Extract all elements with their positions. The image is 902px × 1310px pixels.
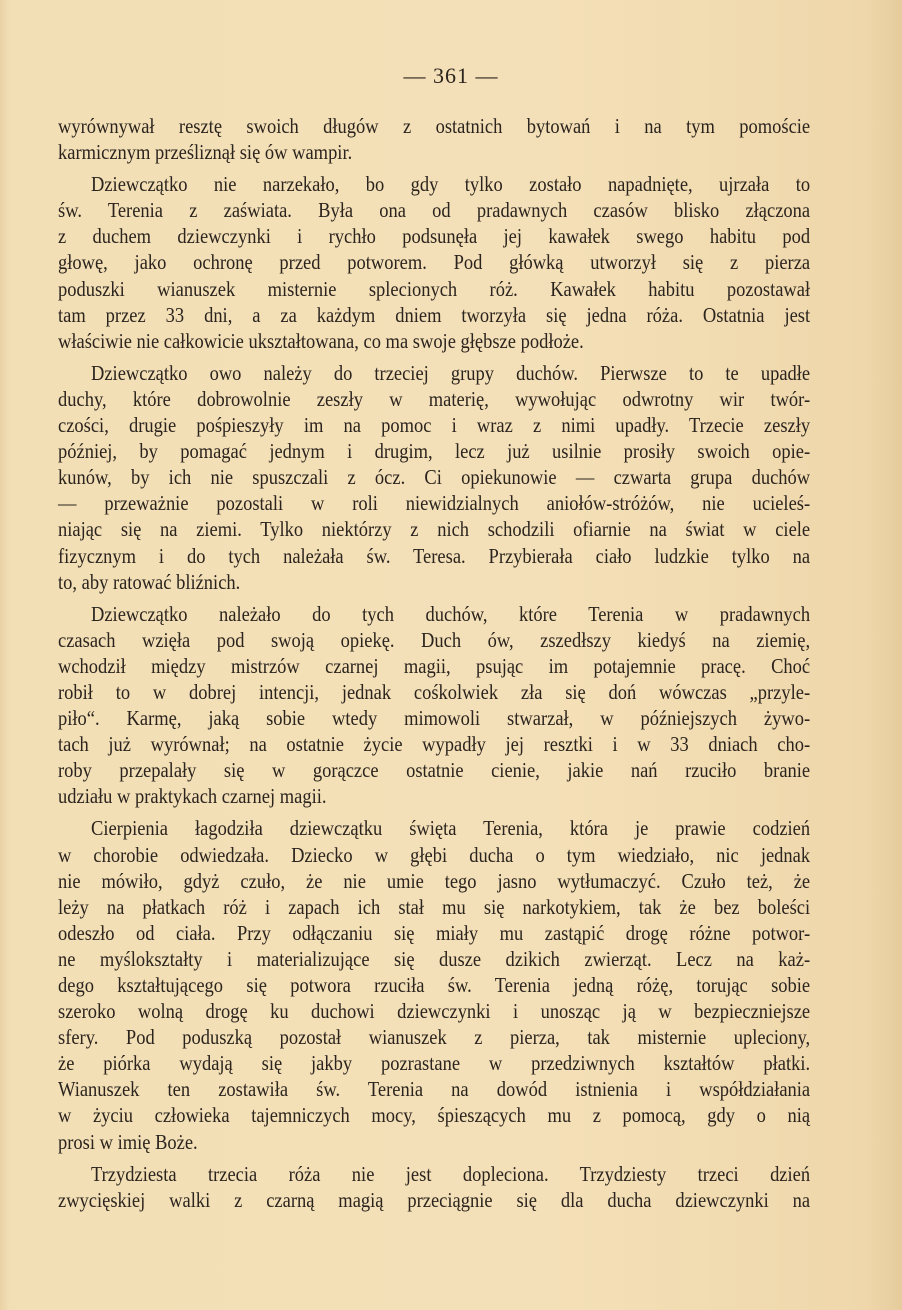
text-line-content: tam przez 33 dni, a za każdym dniem twor… <box>58 302 810 328</box>
text-line: św. Terenia z zaświata. Była ona od prad… <box>58 197 810 223</box>
text-line: w chorobie odwiedzała. Dziecko w głębi d… <box>58 842 810 868</box>
text-line: w życiu człowieka tajemniczych mocy, śpi… <box>58 1102 810 1128</box>
text-line-content: — przeważnie pozostali w roli niewidzial… <box>58 490 810 516</box>
paragraph: Trzydziesta trzecia róża nie jest doplec… <box>58 1161 810 1213</box>
text-line-content: kunów, by ich nie spuszczali z ócz. Ci o… <box>58 464 810 490</box>
text-line-content: tach już wyrównał; na ostatnie życie wyp… <box>58 731 810 757</box>
text-line: szeroko wolną drogę ku duchowi dziewczyn… <box>58 998 810 1024</box>
text-line: Dziewczątko owo należy do trzeciej grupy… <box>58 360 810 386</box>
text-line: poduszki wianuszek misternie splecionych… <box>58 276 810 302</box>
paragraph: wyrównywał resztę swoich długów z ostatn… <box>58 113 810 165</box>
text-line-content: Cierpienia łagodziła dziewczątku święta … <box>91 815 810 841</box>
text-line-content: piło“. Karmę, jaką sobie wtedy mimowoli … <box>58 705 810 731</box>
text-line-content: robił to w dobrej intencji, jednak cośko… <box>58 679 810 705</box>
text-line-content: czości, drugie pośpieszyły im na pomoc i… <box>58 412 810 438</box>
text-line: niając się na ziemi. Tylko niektórzy z n… <box>58 516 810 542</box>
text-line-content: w chorobie odwiedzała. Dziecko w głębi d… <box>58 842 810 868</box>
text-line-content: udziału w praktykach czarnej magii. <box>58 783 810 809</box>
text-line: kunów, by ich nie spuszczali z ócz. Ci o… <box>58 464 810 490</box>
text-line: właściwie nie całkowicie ukształtowana, … <box>58 328 810 354</box>
text-line: udziału w praktykach czarnej magii. <box>58 783 810 809</box>
paragraph: Dziewczątko owo należy do trzeciej grupy… <box>58 360 810 595</box>
text-line: Cierpienia łagodziła dziewczątku święta … <box>58 815 810 841</box>
text-line-content: później, by pomagać jednym i drugim, lec… <box>58 438 810 464</box>
text-line-content: Wianuszek ten zostawiła św. Terenia na d… <box>58 1076 810 1102</box>
body-text: wyrównywał resztę swoich długów z ostatn… <box>58 113 810 1213</box>
text-line-content: karmicznym prześliznął się ów wampir. <box>58 139 810 165</box>
text-line: później, by pomagać jednym i drugim, lec… <box>58 438 810 464</box>
text-line: robił to w dobrej intencji, jednak cośko… <box>58 679 810 705</box>
text-line: wyrównywał resztę swoich długów z ostatn… <box>58 113 810 139</box>
page-number: — 361 — <box>0 63 902 89</box>
text-line-content: fizycznym i do tych należała św. Teresa.… <box>58 543 810 569</box>
paragraph: Cierpienia łagodziła dziewczątku święta … <box>58 815 810 1154</box>
text-line: Trzydziesta trzecia róża nie jest doplec… <box>58 1161 810 1187</box>
text-line: piło“. Karmę, jaką sobie wtedy mimowoli … <box>58 705 810 731</box>
text-line: Wianuszek ten zostawiła św. Terenia na d… <box>58 1076 810 1102</box>
text-line-content: czasach wzięła pod swoją opiekę. Duch ów… <box>58 627 810 653</box>
paragraph: Dziewczątko należało do tych duchów, któ… <box>58 601 810 810</box>
text-line: dego kształtującego się potwora rzuciła … <box>58 972 810 998</box>
text-line-content: nie mówiło, gdyż czuło, że nie umie tego… <box>58 868 810 894</box>
text-line-content: Dziewczątko owo należy do trzeciej grupy… <box>91 360 810 386</box>
text-line-content: Dziewczątko nie narzekało, bo gdy tylko … <box>91 171 810 197</box>
text-line: ne myślokształty i materializujące się d… <box>58 946 810 972</box>
text-line: odeszło od ciała. Przy odłączaniu się mi… <box>58 920 810 946</box>
text-line-content: właściwie nie całkowicie ukształtowana, … <box>58 328 810 354</box>
paragraph: Dziewczątko nie narzekało, bo gdy tylko … <box>58 171 810 354</box>
text-line-content: wyrównywał resztę swoich długów z ostatn… <box>58 113 810 139</box>
text-line-content: św. Terenia z zaświata. Była ona od prad… <box>58 197 810 223</box>
text-line: leży na płatkach róż i zapach ich stał m… <box>58 894 810 920</box>
text-line-content: szeroko wolną drogę ku duchowi dziewczyn… <box>58 998 810 1024</box>
text-line-content: w życiu człowieka tajemniczych mocy, śpi… <box>58 1102 810 1128</box>
text-line-content: że piórka wydają się jakby pozrastane w … <box>58 1050 810 1076</box>
text-line: sfery. Pod poduszką pozostał wianuszek z… <box>58 1024 810 1050</box>
text-line: Dziewczątko nie narzekało, bo gdy tylko … <box>58 171 810 197</box>
text-line-content: roby przepalały się w gorączce ostatnie … <box>58 757 810 783</box>
text-line-content: wchodził między mistrzów czarnej magii, … <box>58 653 810 679</box>
text-line: tach już wyrównał; na ostatnie życie wyp… <box>58 731 810 757</box>
text-line: karmicznym prześliznął się ów wampir. <box>58 139 810 165</box>
text-line: nie mówiło, gdyż czuło, że nie umie tego… <box>58 868 810 894</box>
text-line: roby przepalały się w gorączce ostatnie … <box>58 757 810 783</box>
text-line: — przeważnie pozostali w roli niewidzial… <box>58 490 810 516</box>
text-line-content: z duchem dziewczynki i rychło podsunęła … <box>58 223 810 249</box>
text-line: Dziewczątko należało do tych duchów, któ… <box>58 601 810 627</box>
text-line-content: Dziewczątko należało do tych duchów, któ… <box>91 601 810 627</box>
text-line: głowę, jako ochronę przed potworem. Pod … <box>58 249 810 275</box>
text-line-content: leży na płatkach róż i zapach ich stał m… <box>58 894 810 920</box>
text-line-content: dego kształtującego się potwora rzuciła … <box>58 972 810 998</box>
text-line: duchy, które dobrowolnie zeszły w materi… <box>58 386 810 412</box>
text-line-content: duchy, które dobrowolnie zeszły w materi… <box>58 386 810 412</box>
text-line-content: odeszło od ciała. Przy odłączaniu się mi… <box>58 920 810 946</box>
text-line: że piórka wydają się jakby pozrastane w … <box>58 1050 810 1076</box>
text-line-content: głowę, jako ochronę przed potworem. Pod … <box>58 249 810 275</box>
text-line-content: sfery. Pod poduszką pozostał wianuszek z… <box>58 1024 810 1050</box>
text-line: czasach wzięła pod swoją opiekę. Duch ów… <box>58 627 810 653</box>
text-line-content: to, aby ratować bliźnich. <box>58 569 810 595</box>
text-line-content: niając się na ziemi. Tylko niektórzy z n… <box>58 516 810 542</box>
text-line-content: zwycięskiej walki z czarną magią przecią… <box>58 1187 810 1213</box>
text-line-content: ne myślokształty i materializujące się d… <box>58 946 810 972</box>
text-line: wchodził między mistrzów czarnej magii, … <box>58 653 810 679</box>
text-line: z duchem dziewczynki i rychło podsunęła … <box>58 223 810 249</box>
text-line: prosi w imię Boże. <box>58 1129 810 1155</box>
text-line-content: Trzydziesta trzecia róża nie jest doplec… <box>91 1161 810 1187</box>
text-line-content: poduszki wianuszek misternie splecionych… <box>58 276 810 302</box>
text-line: to, aby ratować bliźnich. <box>58 569 810 595</box>
text-line: tam przez 33 dni, a za każdym dniem twor… <box>58 302 810 328</box>
text-line-content: prosi w imię Boże. <box>58 1129 810 1155</box>
text-line: czości, drugie pośpieszyły im na pomoc i… <box>58 412 810 438</box>
text-line: fizycznym i do tych należała św. Teresa.… <box>58 543 810 569</box>
text-line: zwycięskiej walki z czarną magią przecią… <box>58 1187 810 1213</box>
